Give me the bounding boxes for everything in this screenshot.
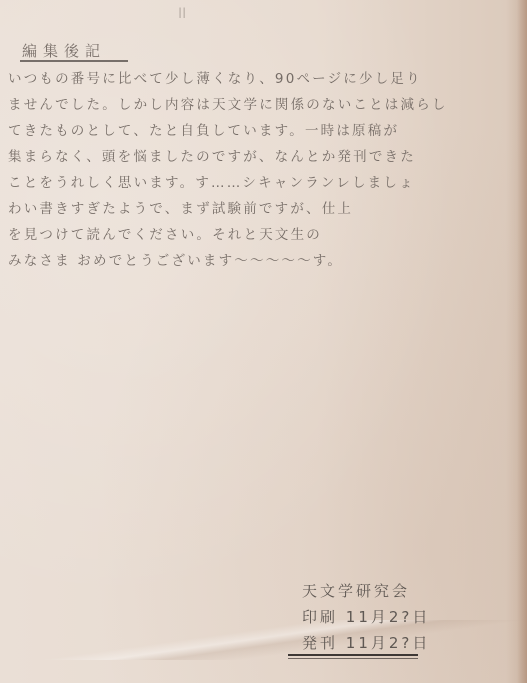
body-line: を見つけて読んでください。それと天文生の — [8, 222, 518, 248]
paper-edge-shadow — [517, 0, 527, 683]
afterword-title: 編集後記 — [22, 40, 106, 61]
printed-label: 印刷 — [302, 608, 338, 626]
printed-date: 11月2?日 — [346, 608, 431, 626]
colophon-underline — [288, 654, 418, 656]
body-line: てきたものとして、たと自負しています。一時は原稿が — [8, 118, 518, 144]
title-underline — [20, 60, 128, 62]
page-mark: II — [178, 6, 186, 22]
body-line: 集まらなく、頭を悩ましたのですが、なんとか発刊できた — [8, 144, 518, 170]
body-line: わい書きすぎたようで、まず試験前ですが、仕上 — [8, 196, 518, 222]
afterword-body: いつもの番号に比べて少し薄くなり、90ページに少し足り ませんでした。しかし内容… — [8, 66, 518, 274]
colophon-organization: 天文学研究会 — [302, 578, 452, 604]
colophon: 天文学研究会 印刷 11月2?日 発刊 11月2?日 — [302, 578, 452, 656]
body-line: ことをうれしく思います。す……シキャンランレしましょ — [8, 170, 518, 196]
colophon-underline-second — [288, 658, 418, 659]
body-line: いつもの番号に比べて少し薄くなり、90ページに少し足り — [8, 66, 518, 92]
body-line: みなさま おめでとうございます～～～～～す。 — [8, 248, 518, 274]
colophon-published: 発刊 11月2?日 — [302, 630, 452, 656]
published-date: 11月2?日 — [346, 634, 431, 652]
colophon-printed: 印刷 11月2?日 — [302, 604, 452, 630]
published-label: 発刊 — [302, 634, 338, 652]
body-line: ませんでした。しかし内容は天文学に関係のないことは減らし — [8, 92, 518, 118]
